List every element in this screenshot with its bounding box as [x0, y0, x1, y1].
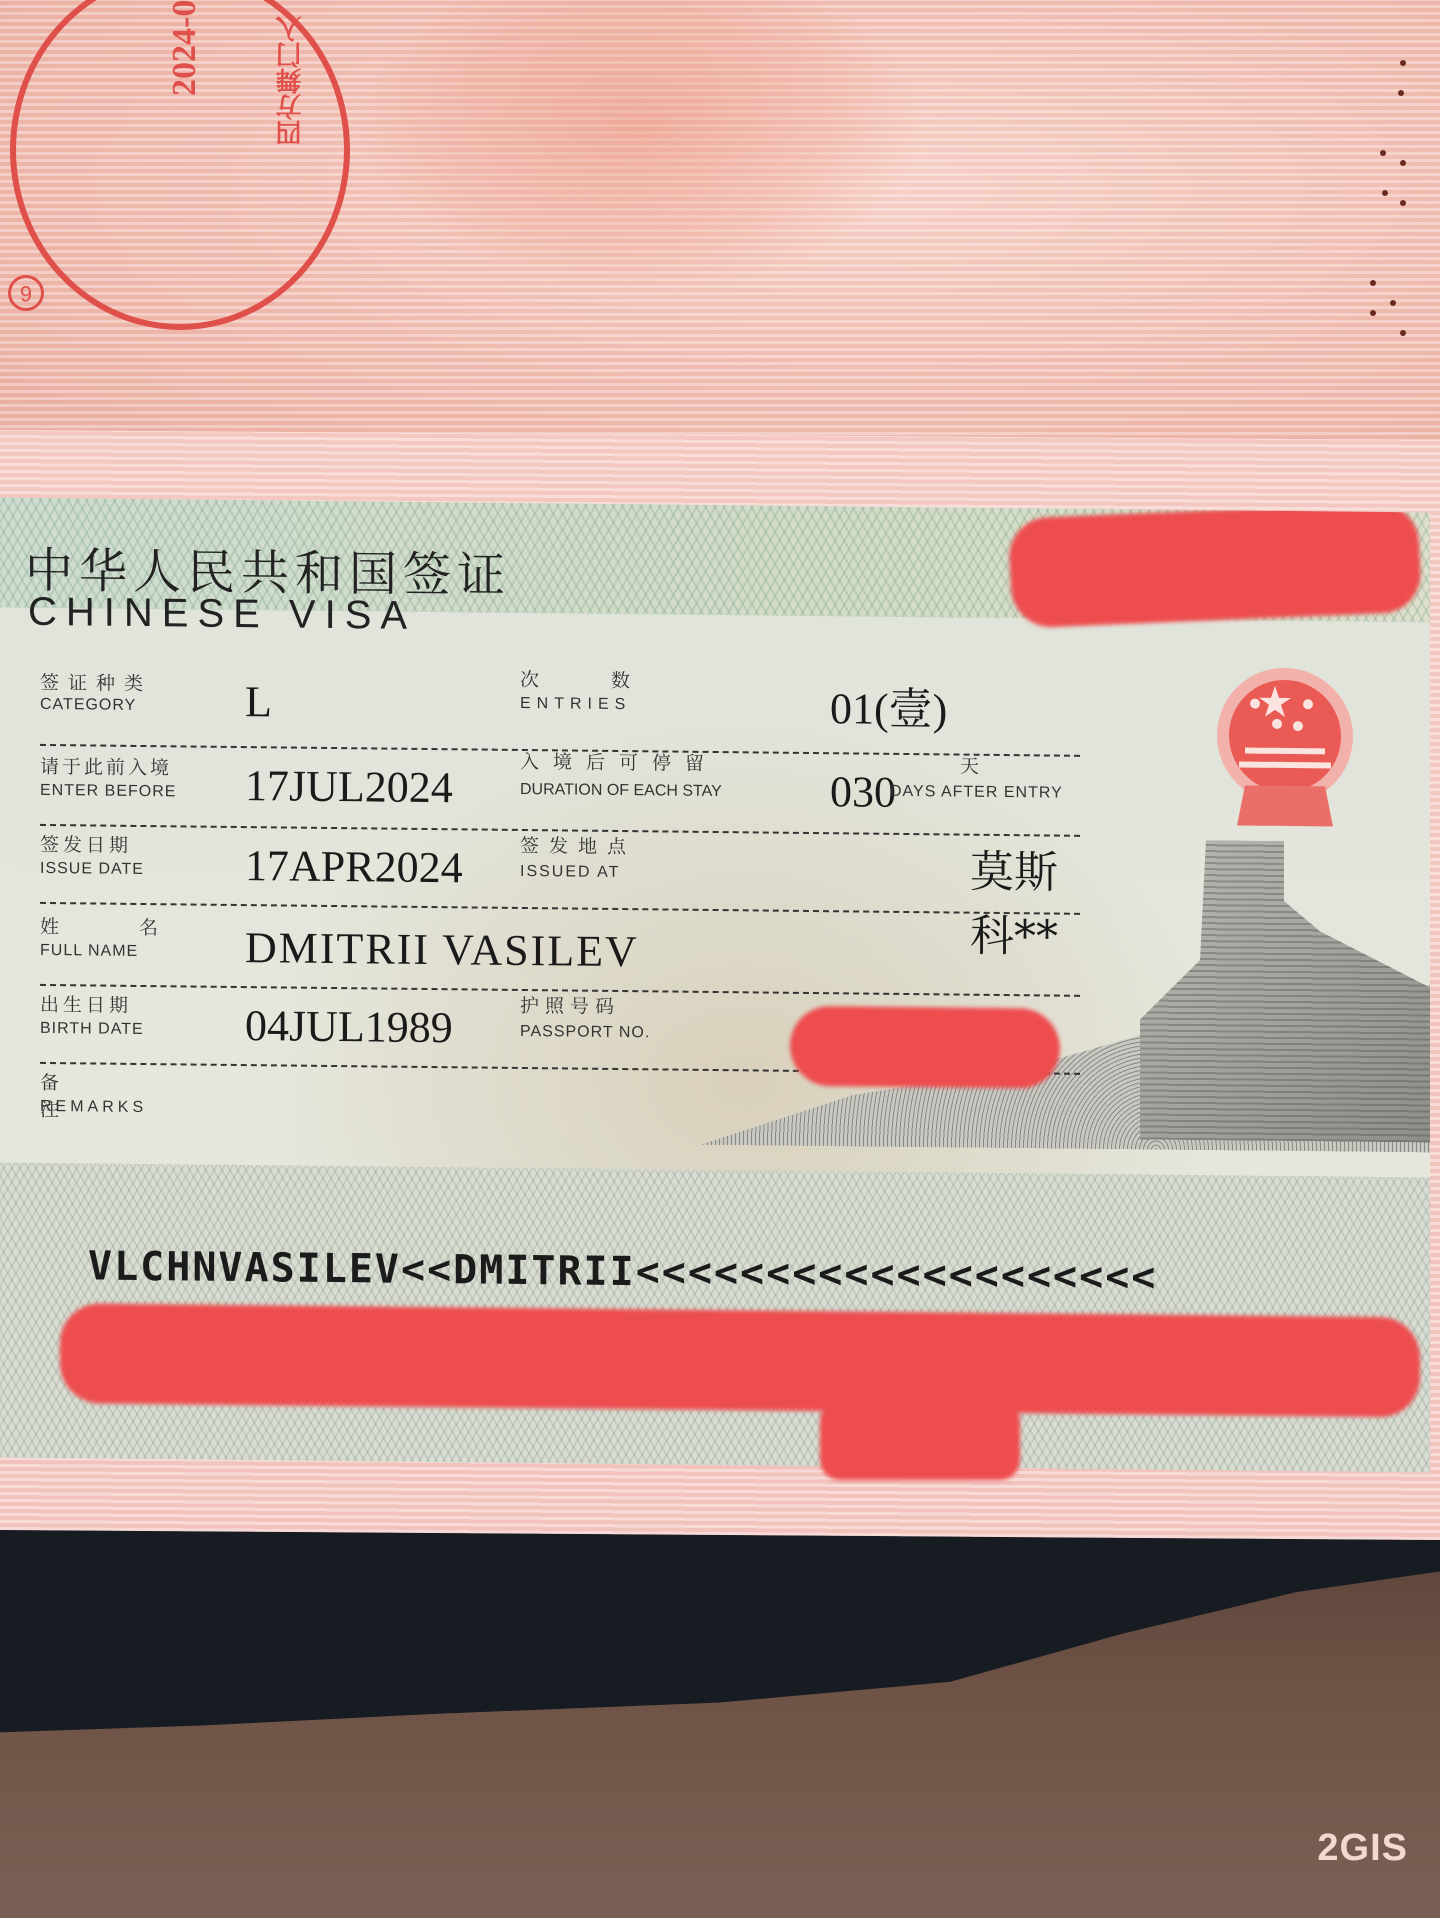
visa-sticker: 中华人民共和国签证 CHINESE VISA 签证种类 CATEGORY L 次… — [0, 498, 1430, 1473]
perforation-number — [1360, 60, 1410, 340]
watermark-logo: 2GIS — [1317, 1827, 1408, 1870]
visa-number-redaction — [1007, 502, 1422, 629]
issue-date-value: 17APR2024 — [245, 840, 463, 893]
mrz-line-1: VLCHNVASILEV<<DMITRII<<<<<<<<<<<<<<<<<<<… — [88, 1243, 1157, 1300]
entry-stamp: 2024-05-0 四方舞门入 — [10, 0, 350, 330]
national-emblem-icon — [1205, 665, 1365, 837]
great-wall-illustration — [1140, 839, 1430, 1142]
mrz-line-2-redaction — [60, 1303, 1420, 1417]
upper-passport-page: 2024-05-0 四方舞门入 6 — [0, 0, 1440, 470]
mrz-zone: VLCHNVASILEV<<DMITRII<<<<<<<<<<<<<<<<<<<… — [0, 1163, 1430, 1473]
duration-value: 030 — [830, 766, 896, 818]
full-name-value: DMITRII VASILEV — [245, 922, 639, 977]
mrz-redaction-tail — [820, 1400, 1020, 1480]
enter-before-value: 17JUL2024 — [245, 760, 453, 813]
field-issue-date: 签发日期 ISSUE DATE 17APR2024 签发地点 ISSUED AT… — [40, 826, 1080, 915]
category-value: L — [245, 676, 272, 727]
field-category: 签证种类 CATEGORY L 次数 ENTRIES 01(壹) — [40, 668, 1080, 757]
stamp-date: 2024-05-0 — [166, 0, 204, 96]
page-watermark-emblem — [360, 0, 920, 290]
field-enter-before: 请于此前入境 ENTER BEFORE 17JUL2024 入境后可停留 DUR… — [40, 748, 1080, 837]
stamp-port-text: 四方舞门入 — [271, 16, 308, 146]
visa-title-en: CHINESE VISA — [28, 590, 416, 639]
page-number: 6 — [8, 275, 44, 311]
field-full-name: 姓名 FULL NAME DMITRII VASILEV — [40, 908, 1080, 997]
entries-value: 01(壹) — [830, 672, 947, 737]
passport-number-redaction — [790, 1006, 1060, 1089]
birth-date-value: 04JUL1989 — [245, 1000, 453, 1053]
